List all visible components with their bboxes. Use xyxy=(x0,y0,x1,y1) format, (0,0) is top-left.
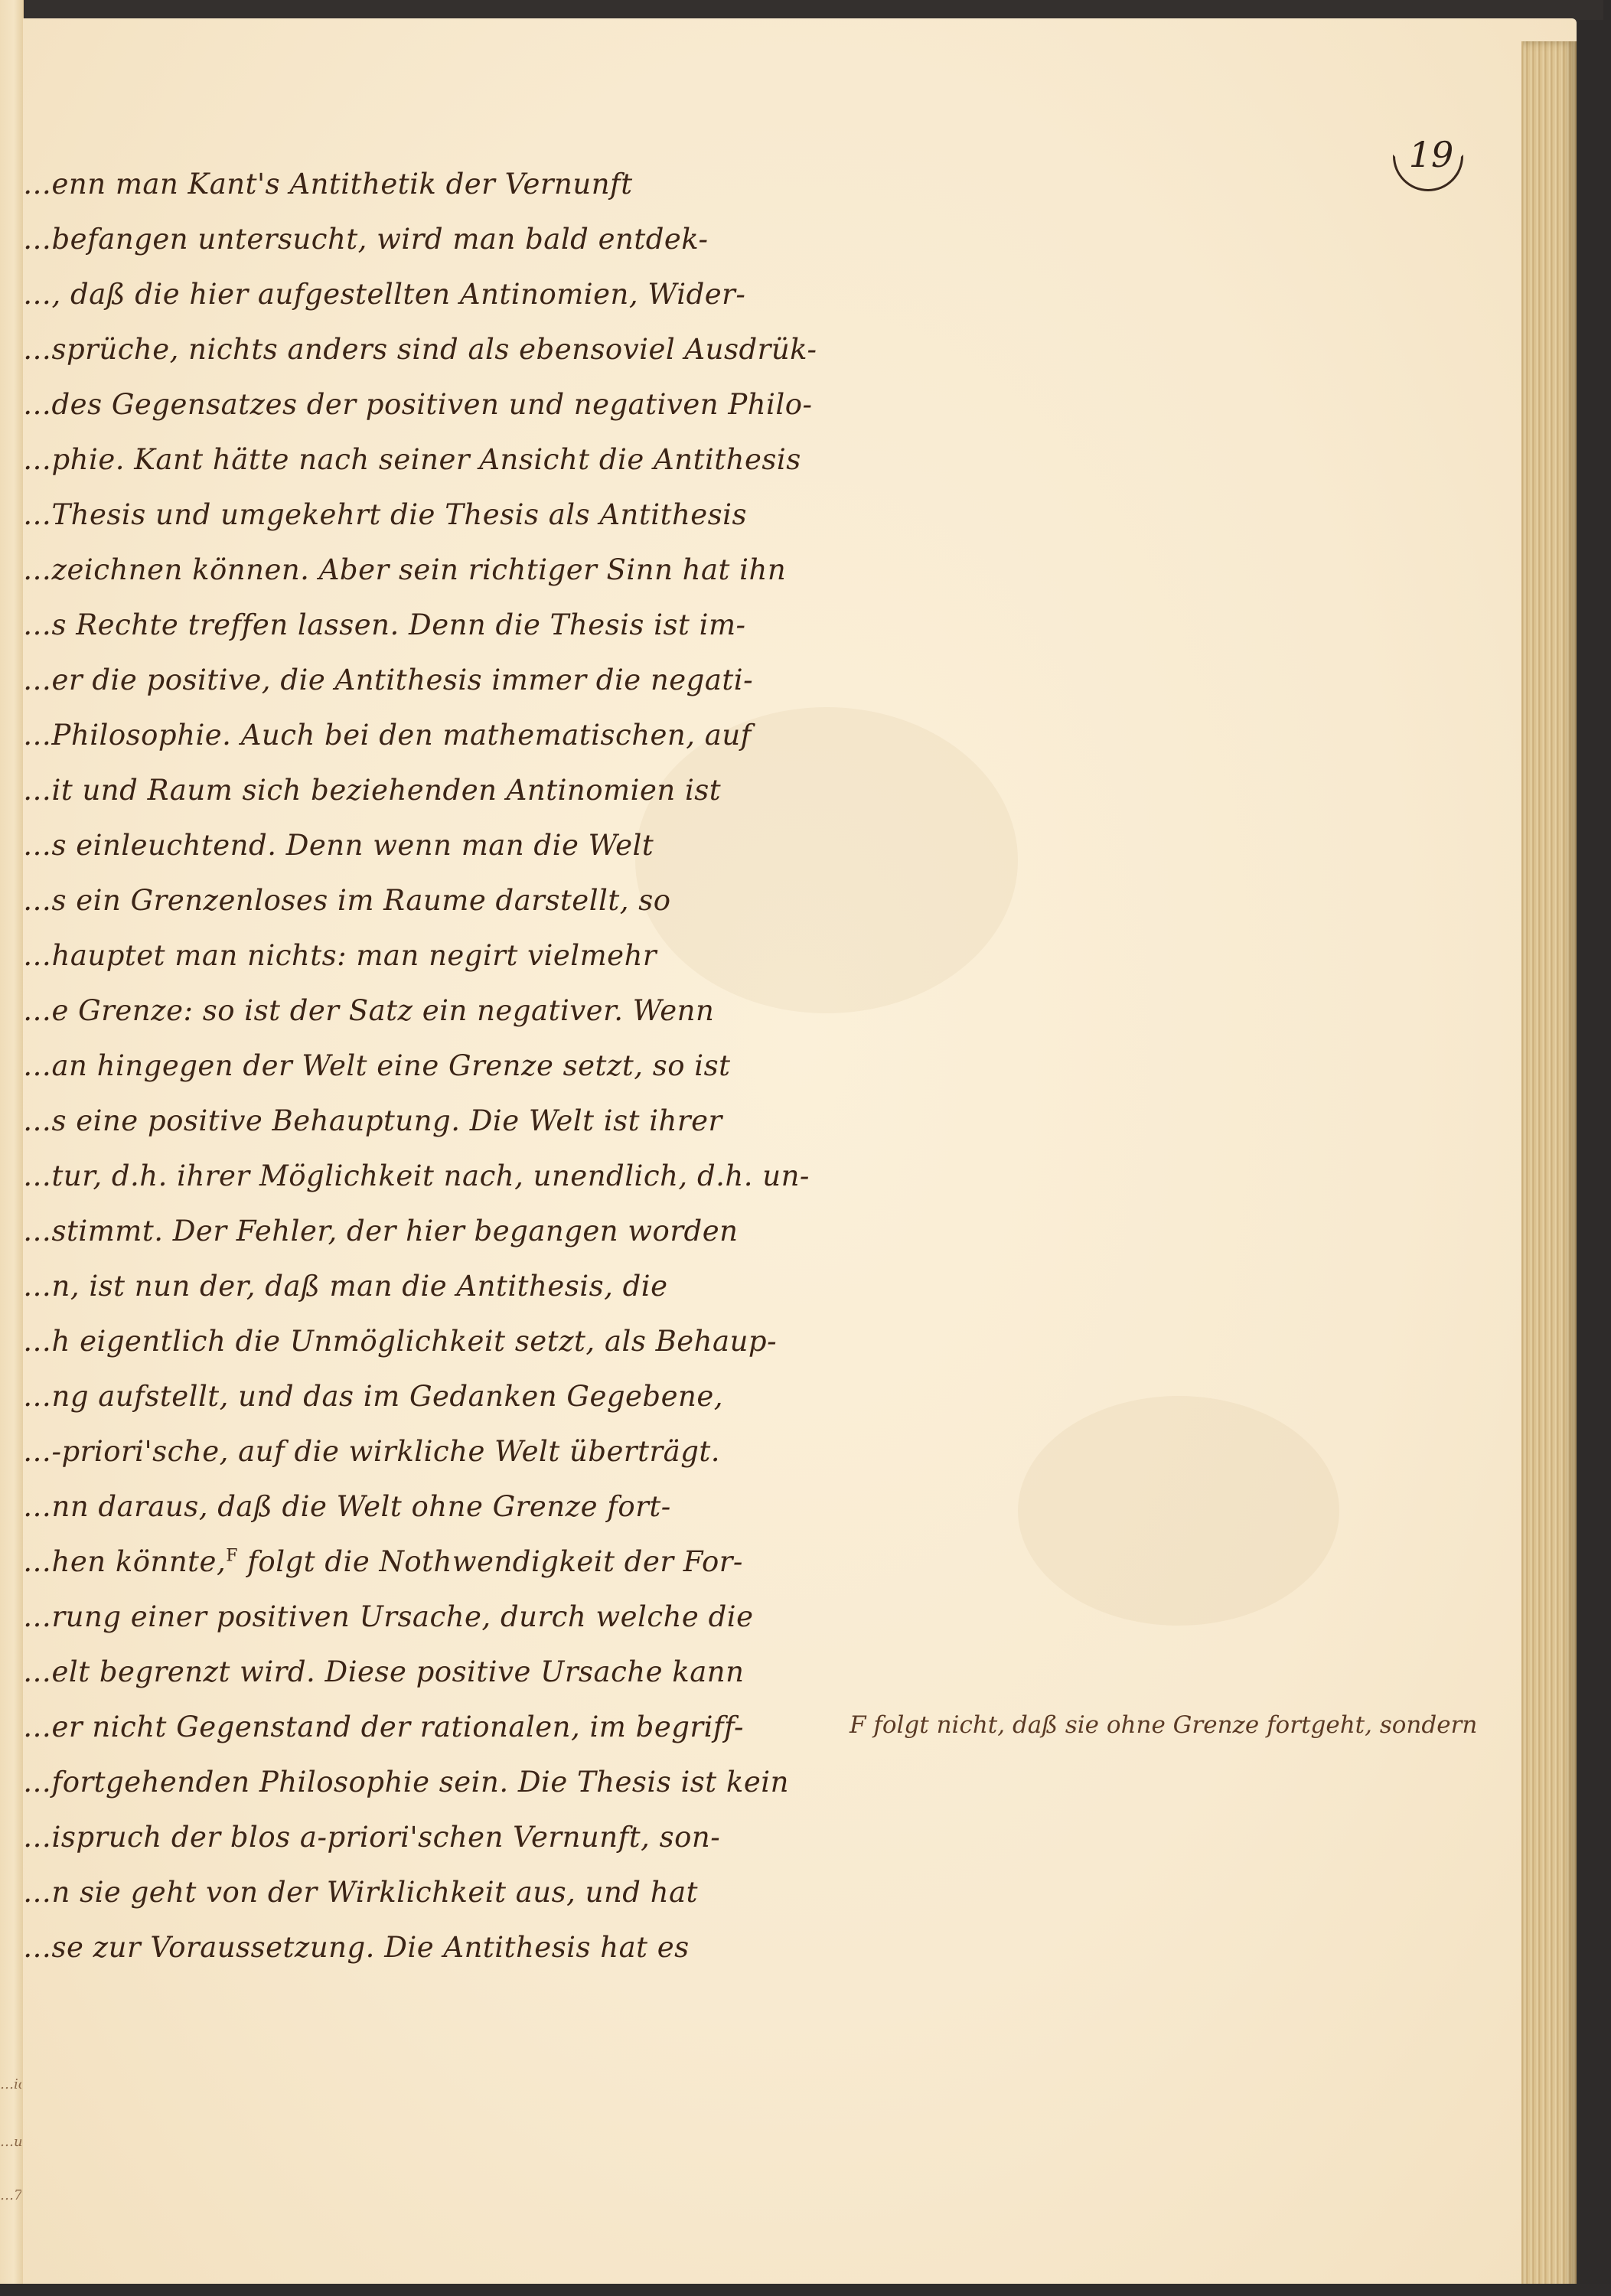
text-line: …nn daraus, daß die Welt ohne Grenze for… xyxy=(23,1490,819,1544)
text-line: …n sie geht von der Wirklichkeit aus, un… xyxy=(23,1876,819,1929)
text-line: …hauptet man nichts: man negirt vielmehr xyxy=(23,939,819,993)
page-number: 19 xyxy=(1397,133,1466,187)
text-line: …phie. Kant hätte nach seiner Ansicht di… xyxy=(23,443,819,497)
text-line: …e Grenze: so ist der Satz ein negativer… xyxy=(23,994,819,1048)
margin-fragment: …ung xyxy=(0,2135,21,2149)
text-line: …rung einer positiven Ursache, durch wel… xyxy=(23,1600,819,1654)
facing-page-edge: …ich …ung …7. xyxy=(0,0,24,2296)
text-line-with-footnote-ref: …hen könnte,F folgt die Nothwendigkeit d… xyxy=(23,1545,819,1599)
text-line-part: …hen könnte, xyxy=(23,1545,226,1578)
text-line: …sprüche, nichts anders sind als ebensov… xyxy=(23,333,819,386)
text-line: …er die positive, die Antithesis immer d… xyxy=(23,664,819,717)
text-line: …h eigentlich die Unmöglichkeit setzt, a… xyxy=(23,1325,819,1378)
footnote-text: folgt nicht, daß sie ohne Grenze fortgeh… xyxy=(873,1711,1477,1739)
text-line: …tur, d.h. ihrer Möglichkeit nach, unend… xyxy=(23,1159,819,1213)
text-line: …se zur Voraussetzung. Die Antithesis ha… xyxy=(23,1931,819,1985)
page-edge-stack xyxy=(1521,41,1577,2296)
margin-fragment: …7. xyxy=(0,2189,21,2203)
paper-stain xyxy=(1018,1396,1339,1626)
text-line: …zeichnen können. Aber sein richtiger Si… xyxy=(23,553,819,607)
text-line: …, daß die hier aufgestellten Antinomien… xyxy=(23,278,819,331)
scan-background-right xyxy=(1603,0,1611,2296)
text-line: …an hingegen der Welt eine Grenze setzt,… xyxy=(23,1049,819,1103)
text-line: …fortgehenden Philosophie sein. Die Thes… xyxy=(23,1766,819,1819)
text-line: …des Gegensatzes der positiven und negat… xyxy=(23,388,819,442)
text-line: …it und Raum sich beziehenden Antinomien… xyxy=(23,774,819,827)
text-line: …s einleuchtend. Denn wenn man die Welt xyxy=(23,829,819,882)
scan-background-top xyxy=(0,0,1611,20)
text-line: …s ein Grenzenloses im Raume darstellt, … xyxy=(23,884,819,938)
text-line: …s eine positive Behauptung. Die Welt is… xyxy=(23,1104,819,1158)
margin-fragment: …ich xyxy=(0,2078,21,2092)
text-line: …er nicht Gegenstand der rationalen, im … xyxy=(23,1711,819,1764)
text-line: …ispruch der blos a-priori'schen Vernunf… xyxy=(23,1821,819,1874)
text-line: …-priori'sche, auf die wirkliche Welt üb… xyxy=(23,1435,819,1489)
text-line: …Philosophie. Auch bei den mathematische… xyxy=(23,719,819,772)
footnote-reference-marker: F xyxy=(226,1547,238,1566)
footnote-marker: F xyxy=(850,1711,866,1739)
manuscript-page: 19 …enn man Kant's Antithetik der Vernun… xyxy=(23,18,1577,2284)
text-line: …elt begrenzt wird. Diese positive Ursac… xyxy=(23,1655,819,1709)
text-line: …enn man Kant's Antithetik der Vernunft xyxy=(23,168,819,221)
text-line-part: folgt die Nothwendigkeit der For- xyxy=(247,1545,743,1578)
text-line: …ng aufstellt, und das im Gedanken Gegeb… xyxy=(23,1380,819,1433)
text-line: …Thesis und umgekehrt die Thesis als Ant… xyxy=(23,498,819,552)
marginal-footnote: F folgt nicht, daß sie ohne Grenze fortg… xyxy=(850,1711,1477,1739)
text-line: …s Rechte treffen lassen. Denn die Thesi… xyxy=(23,608,819,662)
scan-background-bottom xyxy=(0,2284,1611,2296)
text-line: …befangen untersucht, wird man bald entd… xyxy=(23,223,819,276)
text-line: …stimmt. Der Fehler, der hier begangen w… xyxy=(23,1215,819,1268)
text-line: …n, ist nun der, daß man die Antithesis,… xyxy=(23,1270,819,1323)
